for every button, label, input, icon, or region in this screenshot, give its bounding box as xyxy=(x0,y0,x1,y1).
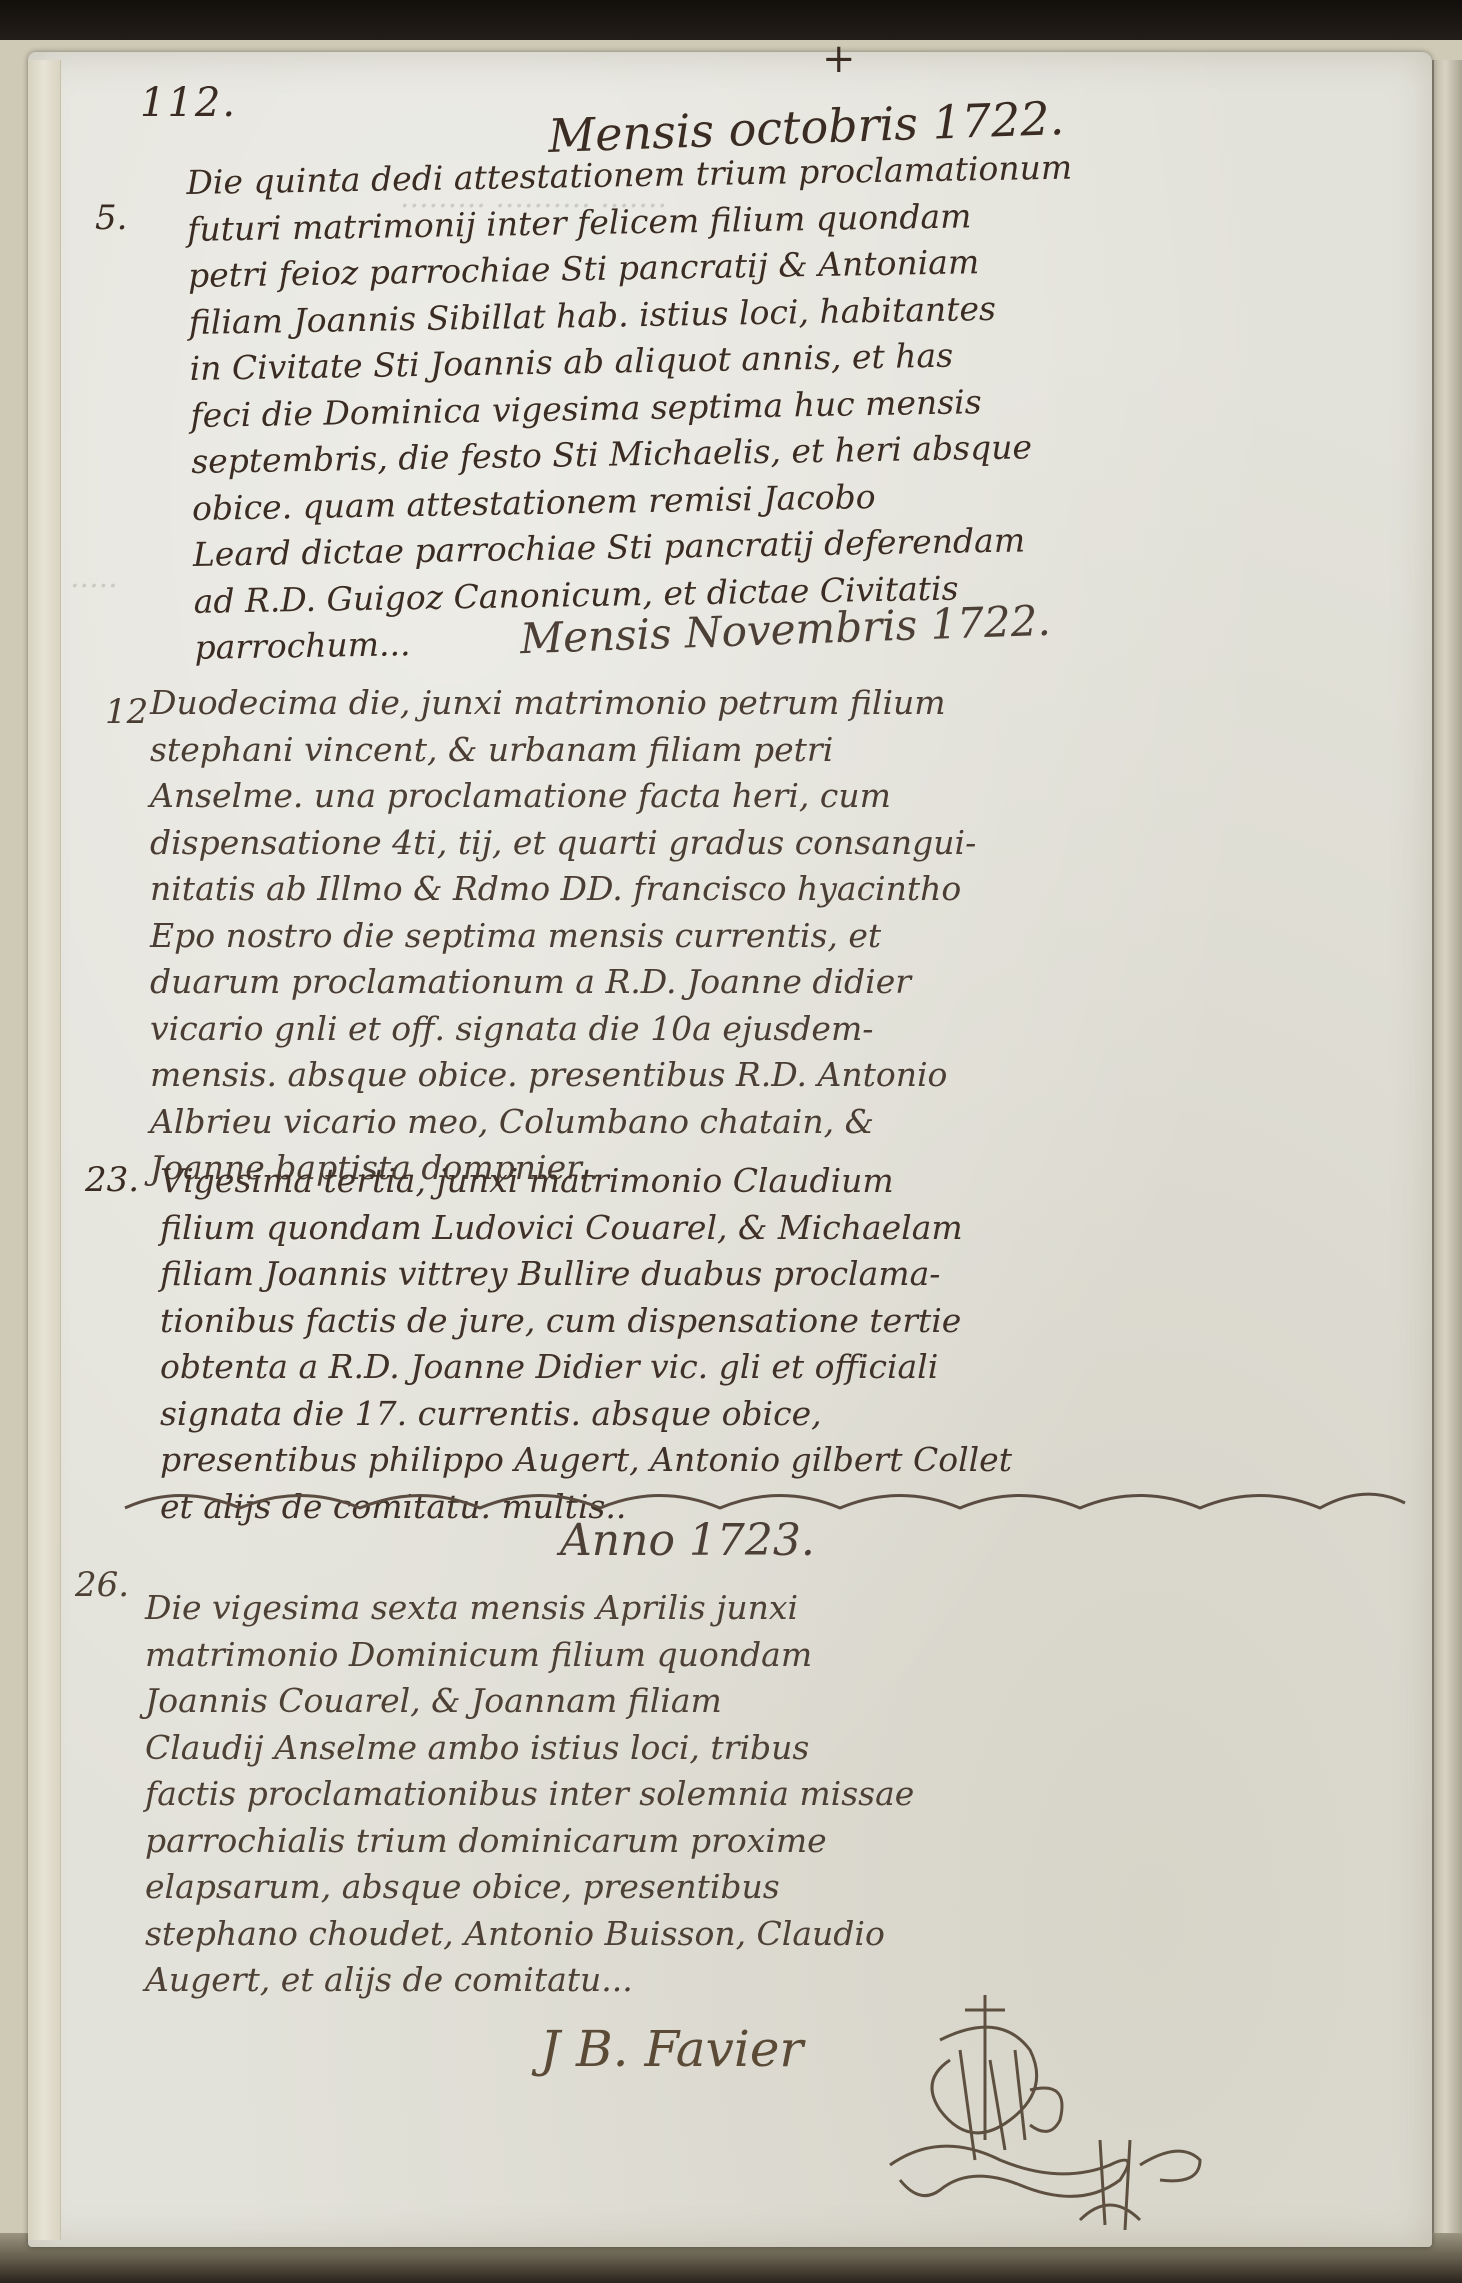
entry-day-number: 23. xyxy=(85,1160,139,1200)
entry-line: Die vigesima sexta mensis Aprilis junxi xyxy=(145,1585,914,1632)
page-gutter-fold xyxy=(28,60,61,2240)
priest-signature: J B. Favier xyxy=(540,2020,803,2078)
entry-day-number: 12 xyxy=(105,692,148,732)
entry-line: vicario gnli et off. signata die 10a eju… xyxy=(150,1006,976,1053)
entry-line: duarum proclamationum a R.D. Joanne didi… xyxy=(150,959,976,1006)
page-stack-edge xyxy=(1432,60,1462,2260)
entry-line: Claudij Anselme ambo istius loci, tribus xyxy=(145,1725,914,1772)
register-entry: Duodecima die, junxi matrimonio petrum f… xyxy=(150,680,976,1192)
entry-line: Augert, et alijs de comitatu... xyxy=(145,1957,914,2004)
register-entry: Die vigesima sexta mensis Aprilis junxi … xyxy=(145,1585,914,2004)
register-entry: Vigesima tertia, junxi matrimonio Claudi… xyxy=(160,1158,1012,1530)
entry-day-number: 5. xyxy=(95,198,127,238)
entry-line: Joannis Couarel, & Joannam filiam xyxy=(145,1678,914,1725)
entry-line: factis proclamationibus inter solemnia m… xyxy=(145,1771,914,1818)
section-heading-anno-1723: Anno 1723. xyxy=(560,1515,815,1566)
entry-line: presentibus philippo Augert, Antonio gil… xyxy=(160,1437,1012,1484)
entry-line: signata die 17. currentis. absque obice, xyxy=(160,1391,1012,1438)
signature-flourish-icon xyxy=(880,1990,1300,2230)
entry-line: Albrieu vicario meo, Columbano chatain, … xyxy=(150,1099,976,1146)
entry-line: mensis. absque obice. presentibus R.D. A… xyxy=(150,1052,976,1099)
entry-line: filiam Joannis vittrey Bullire duabus pr… xyxy=(160,1251,1012,1298)
entry-line: Vigesima tertia, junxi matrimonio Claudi… xyxy=(160,1158,1012,1205)
entry-line: parrochialis trium dominicarum proxime xyxy=(145,1818,914,1865)
scalloped-divider xyxy=(120,1488,1410,1518)
bleed-through-text: ..... xyxy=(70,560,118,595)
entry-line: tionibus factis de jure, cum dispensatio… xyxy=(160,1298,1012,1345)
entry-line: filium quondam Ludovici Couarel, & Micha… xyxy=(160,1205,1012,1252)
entry-line: matrimonio Dominicum filium quondam xyxy=(145,1632,914,1679)
entry-line: elapsarum, absque obice, presentibus xyxy=(145,1864,914,1911)
entry-line: stephani vincent, & urbanam filiam petri xyxy=(150,727,976,774)
entry-line: nitatis ab Illmo & Rdmo DD. francisco hy… xyxy=(150,866,976,913)
cross-mark: + xyxy=(822,36,856,82)
entry-line: stephano choudet, Antonio Buisson, Claud… xyxy=(145,1911,914,1958)
entry-line: Epo nostro die septima mensis currentis,… xyxy=(150,913,976,960)
register-entry: Die quinta dedi attestationem trium proc… xyxy=(186,145,1081,672)
entry-line: obtenta a R.D. Joanne Didier vic. gli et… xyxy=(160,1344,1012,1391)
entry-day-number: 26. xyxy=(75,1565,129,1605)
entry-line: Anselme. una proclamatione facta heri, c… xyxy=(150,773,976,820)
page-number: 112. xyxy=(140,80,237,126)
entry-line: Duodecima die, junxi matrimonio petrum f… xyxy=(150,680,976,727)
entry-line: dispensatione 4ti, tij, et quarti gradus… xyxy=(150,820,976,867)
